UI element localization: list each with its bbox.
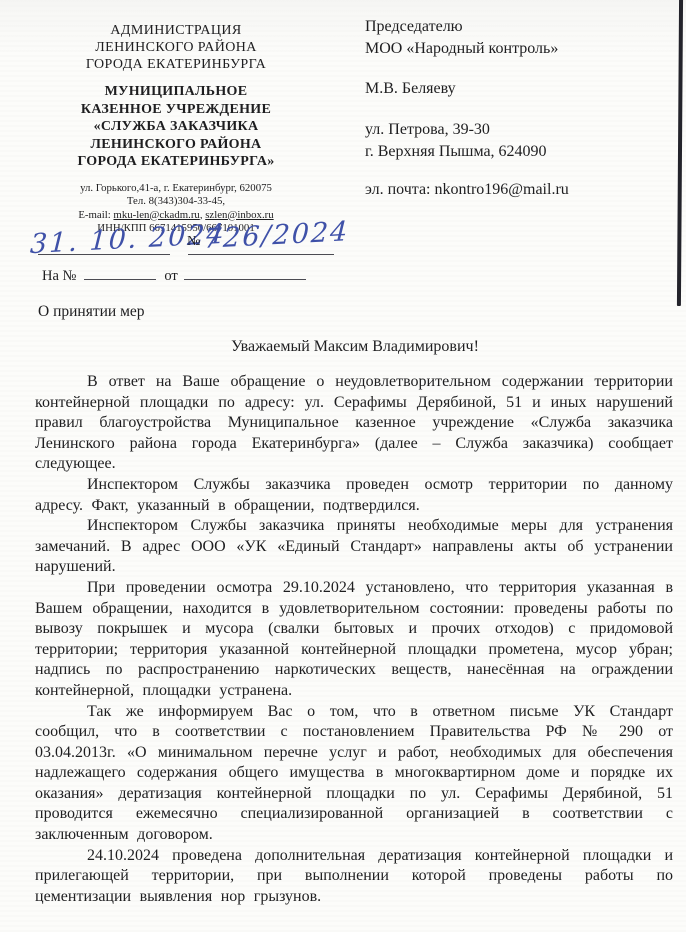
incoming-reference: На №от — [42, 264, 372, 285]
recipient-organization: МОО «Народный контроль» — [365, 38, 665, 60]
paragraph: 24.10.2024 проведена дополнительная дера… — [35, 846, 673, 908]
subject-line: О принятии мер — [38, 303, 145, 321]
organization-line: КАЗЕННОЕ УЧРЕЖДЕНИЕ — [42, 101, 310, 119]
organization-line: ЛЕНИНСКОГО РАЙОНА — [42, 136, 310, 154]
ot-date-blank — [184, 264, 306, 280]
administration-line: ГОРОДА ЕКАТЕРИНБУРГА — [42, 56, 310, 73]
letterhead: АДМИНИСТРАЦИЯ ЛЕНИНСКОГО РАЙОНА ГОРОДА Е… — [42, 22, 310, 236]
organization-line: МУНИЦИПАЛЬНОЕ — [42, 83, 310, 101]
organization-line: «СЛУЖБА ЗАКАЗЧИКА — [42, 118, 310, 136]
greeting: Уважаемый Максим Владимирович! — [35, 338, 675, 356]
recipient-email: эл. почта: nkontro196@mail.ru — [365, 179, 665, 201]
recipient-block: Председателю МОО «Народный контроль» М.В… — [365, 16, 665, 201]
recipient-city: г. Верхняя Пышма, 624090 — [365, 141, 665, 163]
administration-name: АДМИНИСТРАЦИЯ ЛЕНИНСКОГО РАЙОНА ГОРОДА Е… — [42, 22, 310, 73]
spacer — [365, 100, 665, 119]
administration-line: АДМИНИСТРАЦИЯ — [42, 22, 310, 39]
recipient-name: М.В. Беляеву — [365, 78, 665, 100]
paragraph: В ответ на Ваше обращение о неудовлетвор… — [35, 372, 673, 475]
paragraph: Инспектором Службы заказчика приняты нео… — [35, 516, 673, 578]
spacer — [365, 60, 665, 78]
date-underline — [38, 254, 170, 255]
number-underline — [188, 254, 334, 255]
scan-edge-artifact — [677, 0, 683, 306]
administration-line: ЛЕНИНСКОГО РАЙОНА — [42, 39, 310, 56]
scanned-letter-page: АДМИНИСТРАЦИЯ ЛЕНИНСКОГО РАЙОНА ГОРОДА Е… — [0, 0, 686, 932]
number-sign: № — [187, 234, 200, 250]
ot-label: от — [164, 268, 177, 285]
organization-name: МУНИЦИПАЛЬНОЕ КАЗЕННОЕ УЧРЕЖДЕНИЕ «СЛУЖБ… — [42, 83, 310, 171]
recipient-street: ул. Петрова, 39-30 — [365, 119, 665, 141]
na-number-label: На № — [42, 268, 76, 285]
na-number-blank — [84, 264, 156, 280]
letter-body: В ответ на Ваше обращение о неудовлетвор… — [35, 372, 673, 907]
handwritten-number: 726/2024 — [203, 216, 350, 255]
organization-line: ГОРОДА ЕКАТЕРИНБУРГА» — [42, 153, 310, 171]
paragraph: Инспектором Службы заказчика проведен ос… — [35, 475, 673, 516]
paragraph: При проведении осмотра 29.10.2024 устано… — [35, 578, 673, 702]
paragraph: Так же информируем Вас о том, что в отве… — [35, 702, 673, 846]
org-address: ул. Горького,41-а, г. Екатеринбург, 6200… — [42, 182, 310, 196]
org-phone: Тел. 8(343)304-33-45, — [42, 195, 310, 209]
recipient-title: Председателю — [365, 16, 665, 38]
spacer — [365, 163, 665, 179]
